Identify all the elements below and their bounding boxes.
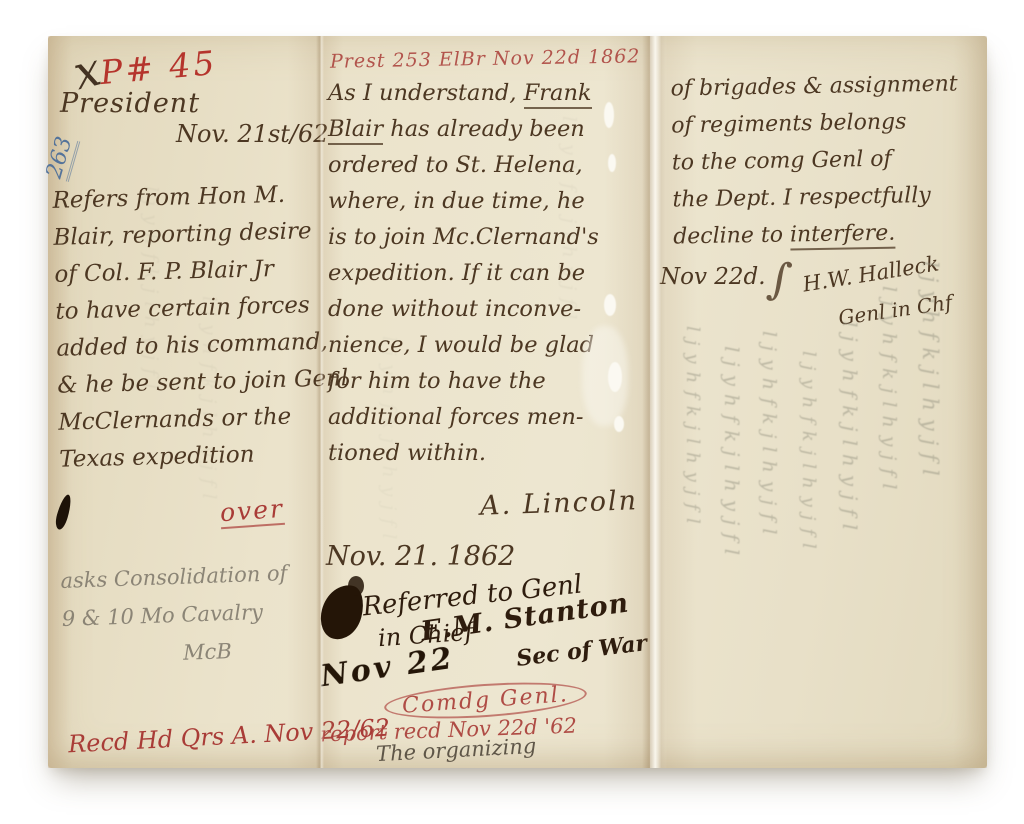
panel-left-docket: x P# 45 President Nov. 21st/62 263 Refer… [48, 36, 320, 768]
underlined-name: Blair [328, 116, 383, 145]
endorsement-date: Nov. 21. 1862 [326, 541, 515, 572]
bleed-through-writing: ljyhfkjlhyjfl [198, 296, 220, 507]
underlined-word: interfere. [790, 221, 896, 251]
register-endorsement: Prest 253 ElBr Nov 22d 1862 [330, 45, 641, 72]
letter-text: As I understand, [328, 80, 524, 106]
ink-blot [348, 576, 364, 596]
bleed-through-writing: ljyhfkjlhyjfl [838, 321, 862, 538]
bleed-through-writing: ljyhfkjlhyjfl [758, 331, 780, 542]
endorsement-line: to the comg Genl of [672, 145, 960, 187]
tear-chip [608, 154, 616, 172]
tear-chip [614, 416, 624, 432]
tear-chip [608, 362, 622, 392]
endorsement-text: decline to [673, 222, 790, 249]
panel-right-halleck-endorsement: of brigades & assignment of regiments be… [650, 36, 987, 768]
halleck-endorsement-body: of brigades & assignment of regiments be… [670, 72, 960, 262]
letter-line: for him to have the [328, 368, 599, 404]
endorsement-line: of brigades & assignment [670, 72, 958, 114]
letter-date: Nov. 21st/62 [176, 120, 329, 148]
fold-crease [316, 36, 324, 768]
docket-number: P# 45 [99, 43, 219, 92]
pencil-note-block: asks Consolidation of 9 & 10 Mo Cavalry … [60, 561, 291, 683]
tear-chip [604, 102, 614, 128]
margin-file-number: 263 [42, 134, 80, 182]
letter-line: As I understand, Frank [328, 80, 599, 116]
pen-flourish: ∫ [765, 253, 795, 307]
letter-line: tioned within. [328, 440, 599, 476]
fold-crease [642, 36, 666, 768]
underlined-name: Frank [524, 80, 592, 109]
bleed-through-writing: ljyhfkjlhyjfl [878, 286, 900, 497]
addressee: President [60, 88, 200, 119]
letter-line: nience, I would be glad [328, 332, 599, 368]
manuscript-letter: x P# 45 President Nov. 21st/62 263 Refer… [48, 36, 987, 768]
lincoln-signature: A. Lincoln [480, 485, 639, 521]
photograph-background: x P# 45 President Nov. 21st/62 263 Refer… [0, 0, 1024, 824]
tear-chip [604, 294, 616, 316]
date-scrawl: Nov 22 [318, 641, 457, 694]
ink-blot [53, 493, 73, 531]
bleed-through-writing: ljyhfkjlhyjfl [720, 346, 744, 563]
pencil-line: McB [183, 637, 291, 679]
bleed-through-writing: ljyhfkjlhyjfl [558, 116, 580, 327]
stanton-title: Sec of War [515, 630, 649, 672]
bleed-through-writing: ljyhfkjlhyjfl [798, 351, 819, 557]
bleed-through-writing: ljyhfkjlhyjfl [682, 326, 703, 532]
letter-text: has already been [383, 116, 585, 142]
bleed-through-writing: ljyhfkjlhyjfl [918, 261, 942, 484]
over-note: over [219, 494, 285, 529]
bleed-through-writing: ljyhfkjlhyjfl [378, 336, 400, 547]
endorsement-line: of regiments belongs [671, 109, 959, 151]
letter-line: additional forces men- [328, 404, 599, 440]
endorsement-date: Nov 22d. [660, 264, 766, 290]
bleed-through-writing: ljyhfkjlhyjfl [140, 186, 162, 397]
endorsement-line: the Dept. I respectfully [672, 182, 960, 224]
